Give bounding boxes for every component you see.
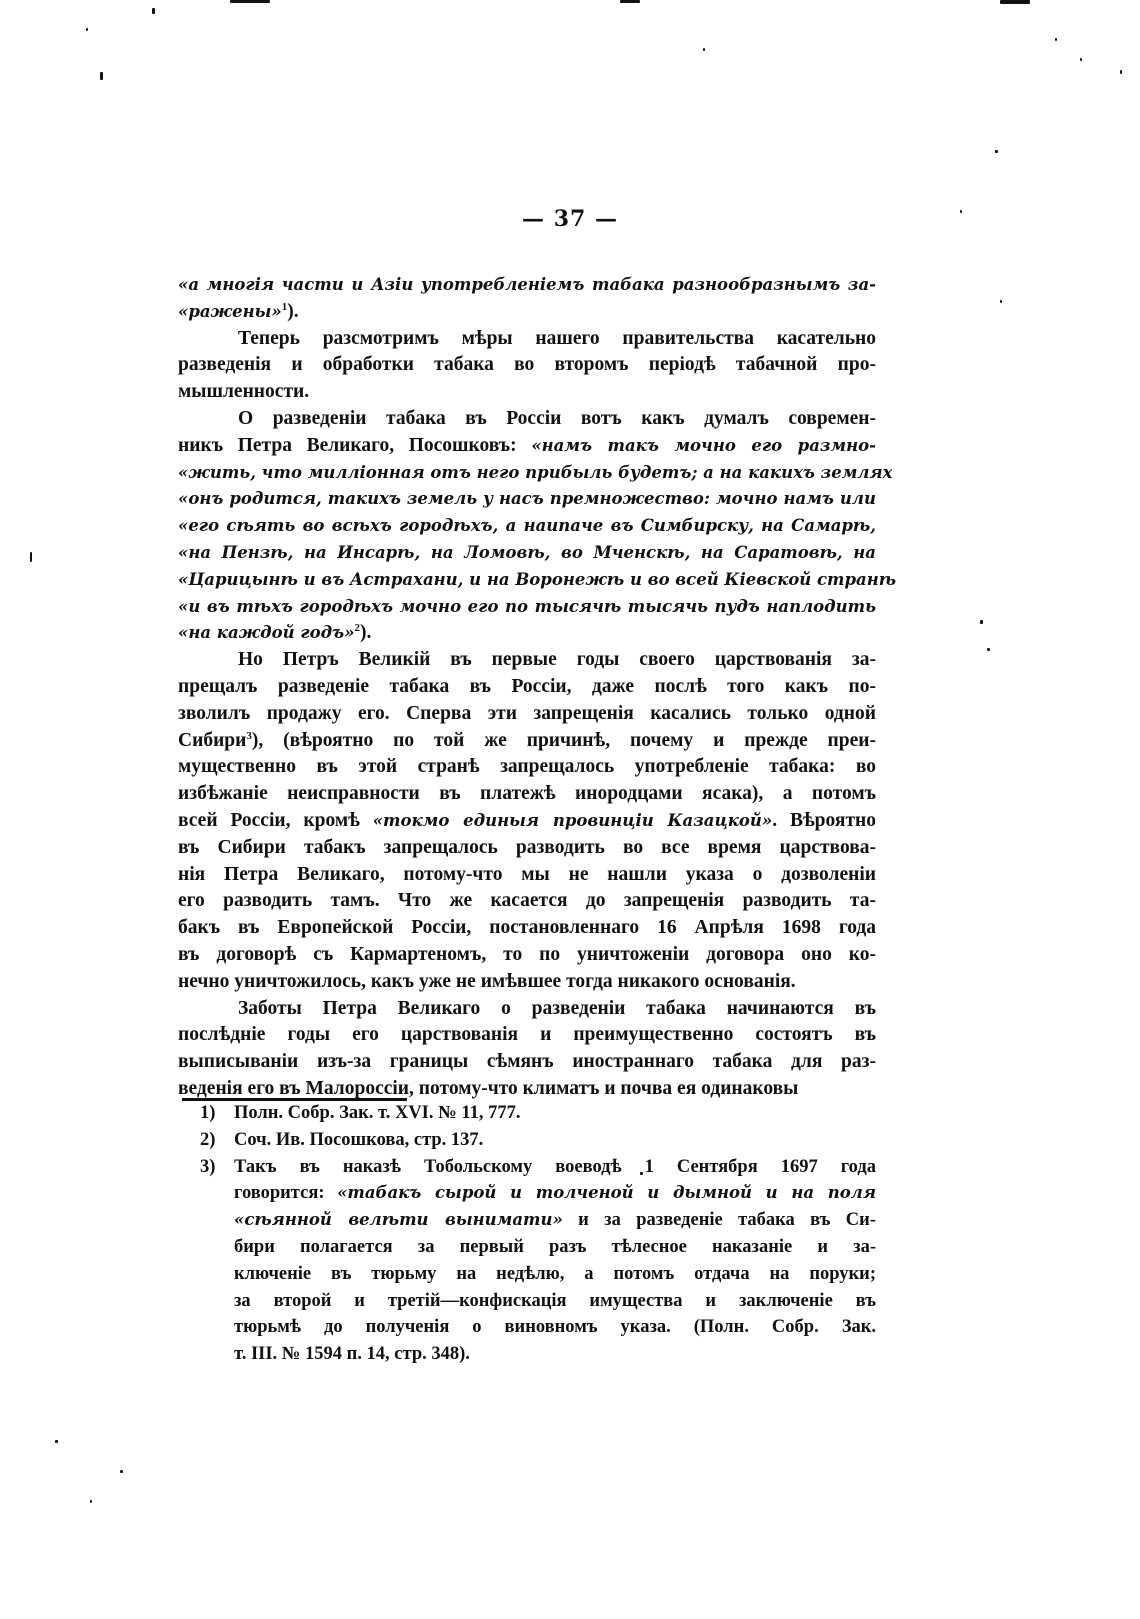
text-run: бири полагается за первый разъ тѣлесное … [234, 1237, 876, 1257]
scan-speck [995, 150, 998, 153]
text-line: бакъ въ Европейской Россіи, постановленн… [178, 915, 876, 942]
italic-quotation: «сѣянной велѣти вынимати» [234, 1210, 563, 1229]
text-line: выписываніи изъ-за границы сѣмянъ иностр… [178, 1049, 876, 1076]
text-run: въ Сибири табакъ запрещалось разводить в… [178, 837, 876, 858]
scan-speck [1120, 70, 1122, 74]
text-line: О разведеніи табака въ Россіи вотъ какъ … [178, 406, 876, 433]
italic-quotation: «на Пензѣ, на Инсарѣ, на Ломовѣ, во Мчен… [178, 543, 876, 562]
footnote-line: Полн. Собр. Зак. т. XVI. № 11, 777. [234, 1100, 876, 1127]
text-line: его разводить тамъ. Что же касается до з… [178, 888, 876, 915]
text-line: избѣжаніе неисправности въ платежѣ иноро… [178, 781, 876, 808]
text-line: «а многія части и Азіи употребленіемъ та… [178, 272, 876, 299]
footnotes: 1)Полн. Собр. Зак. т. XVI. № 11, 777.2)С… [200, 1100, 876, 1368]
paragraph: Но Петръ Великій въ первые годы своего ц… [178, 647, 876, 995]
main-body-text: «а многія части и Азіи употребленіемъ та… [178, 272, 876, 1103]
scan-speck [1000, 300, 1002, 303]
footnote-marker: 2) [200, 1127, 215, 1154]
text-line: всей Россіи, кромѣ «токмо единыя провинц… [178, 808, 876, 835]
text-line: въ договорѣ съ Кармартеномъ, то по уничт… [178, 942, 876, 969]
text-run: ), (вѣроятно по той же причинѣ, почему и… [252, 730, 876, 751]
footnote-line: бири полагается за первый разъ тѣлесное … [234, 1234, 876, 1261]
scan-speck [987, 648, 990, 651]
text-line: «онъ родится, такихъ земель у насъ премн… [178, 486, 876, 513]
text-run: никъ Петра Великаго, Посошковъ: [178, 435, 531, 456]
scan-speck [86, 28, 88, 31]
text-run: Соч. Ив. Посошкова, стр. 137. [234, 1130, 483, 1150]
text-line: въ Сибири табакъ запрещалось разводить в… [178, 835, 876, 862]
text-run: Полн. Собр. Зак. т. XVI. № 11, 777. [234, 1103, 520, 1123]
scan-speck [620, 0, 640, 3]
italic-quotation: «токмо единыя провинціи Казацкой» [373, 811, 772, 830]
text-line: мущественно въ этой странѣ запрещалось у… [178, 754, 876, 781]
scan-speck [55, 1440, 58, 1443]
italic-quotation: «а многія части и Азіи употребленіемъ та… [178, 275, 876, 294]
text-run: тюрьмѣ до полученія о виновномъ указа. (… [234, 1317, 876, 1337]
text-line: «на Пензѣ, на Инсарѣ, на Ломовѣ, во Мчен… [178, 540, 876, 567]
italic-quotation: «табакъ сырой и толченой и дымной и на п… [337, 1183, 876, 1202]
text-line: Сибири3), (вѣроятно по той же причинѣ, п… [178, 728, 876, 755]
footnote: 2)Соч. Ив. Посошкова, стр. 137. [200, 1127, 876, 1154]
footnote-line: говорится: «табакъ сырой и толченой и ды… [234, 1180, 876, 1207]
footnote-line: тюрьмѣ до полученія о виновномъ указа. (… [234, 1314, 876, 1341]
text-run: избѣжаніе неисправности въ платежѣ иноро… [178, 783, 876, 804]
text-line: прещалъ разведеніе табака въ Россіи, даж… [178, 674, 876, 701]
text-run: мущественно въ этой странѣ запрещалось у… [178, 756, 876, 777]
text-run: говорится: [234, 1183, 337, 1203]
footnote-marker: 3) [200, 1154, 215, 1181]
text-run: мышленности. [178, 381, 309, 402]
italic-quotation: «на каждой годъ» [178, 623, 354, 642]
text-line: послѣдніе годы его царствованія и преиму… [178, 1022, 876, 1049]
text-line: мышленности. [178, 379, 876, 406]
paragraph: Теперь разсмотримъ мѣры нашего правитель… [178, 326, 876, 406]
scan-speck [90, 1500, 92, 1503]
text-run: бакъ въ Европейской Россіи, постановленн… [178, 917, 876, 938]
text-run: ). [287, 301, 298, 322]
scan-speck [30, 552, 32, 562]
text-line: «ражены»1). [178, 299, 876, 326]
scan-speck [980, 620, 983, 624]
text-line: «и въ тѣхъ городѣхъ мочно его по тысячѣ … [178, 594, 876, 621]
footnote-line: Соч. Ив. Посошкова, стр. 137. [234, 1127, 876, 1154]
italic-quotation: «Царицынѣ и въ Астрахани, и на Воронежѣ … [178, 570, 896, 589]
scan-speck [1080, 58, 1082, 61]
text-run: ключеніе въ тюрьму на недѣлю, а потомъ о… [234, 1264, 876, 1284]
text-run: Теперь разсмотримъ мѣры нашего правитель… [238, 328, 876, 349]
text-line: Теперь разсмотримъ мѣры нашего правитель… [178, 326, 876, 353]
italic-quotation: «его сѣять во всѣхъ городѣхъ, а наипаче … [178, 516, 876, 535]
scan-speck [152, 8, 155, 14]
text-run: Такъ въ наказѣ Тобольскому воеводѣ 1 Сен… [234, 1157, 876, 1177]
text-line: зволилъ продажу его. Сперва эти запрещен… [178, 701, 876, 728]
paragraph: Заботы Петра Великаго о разведеніи табак… [178, 996, 876, 1103]
footnote: 3)Такъ въ наказѣ Тобольскому воеводѣ 1 С… [200, 1154, 876, 1368]
text-run: Но Петръ Великій въ первые годы своего ц… [238, 649, 876, 670]
text-run: всей Россіи, кромѣ [178, 810, 373, 831]
text-run: выписываніи изъ-за границы сѣмянъ иностр… [178, 1051, 876, 1072]
text-line: Заботы Петра Великаго о разведеніи табак… [178, 996, 876, 1023]
text-run: послѣдніе годы его царствованія и преиму… [178, 1024, 876, 1045]
scan-speck [1000, 0, 1030, 4]
text-run: нія Петра Великаго, потому-что мы не наш… [178, 864, 876, 885]
text-run: веденія его въ Малороссіи, потому-что кл… [178, 1078, 798, 1099]
text-run: ). [360, 622, 371, 643]
footnote-line: т. III. № 1594 п. 14, стр. 348). [234, 1341, 876, 1368]
text-run: Заботы Петра Великаго о разведеніи табак… [238, 998, 876, 1019]
text-run: его разводить тамъ. Что же касается до з… [178, 890, 876, 911]
text-run: . Вѣроятно [772, 810, 876, 831]
scan-speck [703, 48, 705, 51]
italic-quotation: «и въ тѣхъ городѣхъ мочно его по тысячѣ … [178, 597, 876, 616]
footnote-line: за второй и третій—конфискація имущества… [234, 1288, 876, 1315]
scan-speck [1055, 38, 1057, 41]
footnote-line: ключеніе въ тюрьму на недѣлю, а потомъ о… [234, 1261, 876, 1288]
text-line: разведенія и обработки табака во второмъ… [178, 352, 876, 379]
text-line: никъ Петра Великаго, Посошковъ: «намъ та… [178, 433, 876, 460]
text-line: Но Петръ Великій въ первые годы своего ц… [178, 647, 876, 674]
text-run: Сибири [178, 730, 246, 751]
scan-speck [230, 0, 270, 3]
text-line: нія Петра Великаго, потому-что мы не наш… [178, 862, 876, 889]
text-run: прещалъ разведеніе табака въ Россіи, даж… [178, 676, 876, 697]
text-run: нечно уничтожилось, какъ уже не имѣвшее … [178, 971, 796, 992]
scanned-book-page: — 37 — «а многія части и Азіи употреблен… [0, 0, 1140, 1619]
italic-quotation: «намъ такъ мочно его размно- [531, 436, 876, 455]
text-run: разведенія и обработки табака во второмъ… [178, 354, 876, 375]
footnote-line: «сѣянной велѣти вынимати» и за разведені… [234, 1207, 876, 1234]
footnote: 1)Полн. Собр. Зак. т. XVI. № 11, 777. [200, 1100, 876, 1127]
scan-speck [100, 72, 103, 80]
text-line: нечно уничтожилось, какъ уже не имѣвшее … [178, 969, 876, 996]
paragraph: О разведеніи табака въ Россіи вотъ какъ … [178, 406, 876, 647]
text-run: т. III. № 1594 п. 14, стр. 348). [234, 1344, 470, 1364]
footnote-line: Такъ въ наказѣ Тобольскому воеводѣ 1 Сен… [234, 1154, 876, 1181]
italic-quotation: «жить, что милліонная отъ него прибыль б… [178, 463, 892, 482]
text-run: въ договорѣ съ Кармартеномъ, то по уничт… [178, 944, 876, 965]
italic-quotation: «онъ родится, такихъ земель у насъ премн… [178, 489, 876, 508]
page-number: — 37 — [0, 206, 1140, 232]
text-run: зволилъ продажу его. Сперва эти запрещен… [178, 703, 876, 724]
paragraph: «а многія части и Азіи употребленіемъ та… [178, 272, 876, 326]
scan-speck [120, 1470, 123, 1473]
text-line: «жить, что милліонная отъ него прибыль б… [178, 460, 876, 487]
text-run: и за разведеніе табака въ Си- [563, 1210, 876, 1230]
italic-quotation: «ражены» [178, 302, 282, 321]
text-line: «Царицынѣ и въ Астрахани, и на Воронежѣ … [178, 567, 876, 594]
text-run: за второй и третій—конфискація имущества… [234, 1291, 876, 1311]
footnote-marker: 1) [200, 1100, 215, 1127]
text-line: «на каждой годъ»2). [178, 620, 876, 647]
text-line: «его сѣять во всѣхъ городѣхъ, а наипаче … [178, 513, 876, 540]
text-run: О разведеніи табака въ Россіи вотъ какъ … [238, 408, 876, 429]
